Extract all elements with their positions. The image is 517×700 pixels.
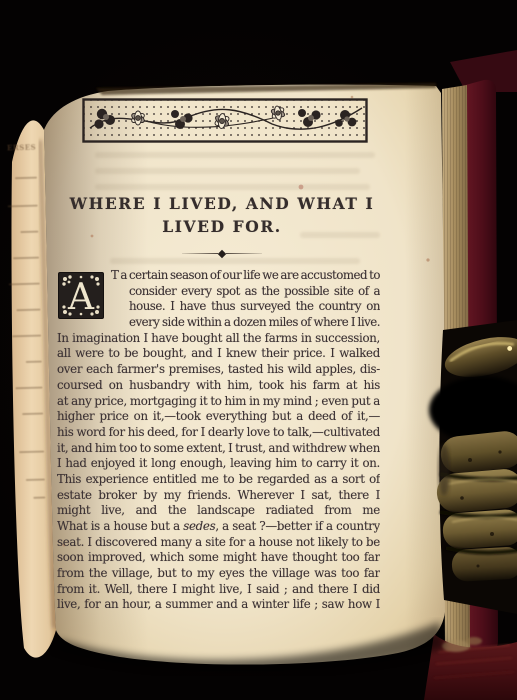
body-line-text: all were to be bought, and I knew their … <box>57 346 380 360</box>
body-line-text: , a seat ?—better if a country <box>215 519 380 533</box>
showthrough-line <box>95 168 360 174</box>
frag-bar <box>9 283 40 286</box>
body-line: estate broker by my friends. Wherever I … <box>57 488 380 504</box>
frag-bar <box>16 309 40 312</box>
body-line-text: consider every spot as the possible site… <box>129 284 380 298</box>
body-line: it, and him too to some extent, I trust,… <box>57 441 380 457</box>
headpiece-ornament-icon <box>82 98 368 143</box>
body-line: all were to be bought, and I knew their … <box>57 346 380 362</box>
title-divider <box>182 249 262 258</box>
body-line-text: at any price, mortgaging it to him in my… <box>57 394 380 408</box>
showthrough-line <box>110 258 360 264</box>
body-line: from the village, but to my eyes the vil… <box>57 566 380 582</box>
body-line-text: In imagination I have bought all the far… <box>57 331 380 347</box>
frag-bar <box>13 257 39 260</box>
body-line-text: every side within a dozen miles of where… <box>129 315 380 329</box>
body-line: consider every spot as the possible site… <box>57 284 380 300</box>
body-line: T a certain season of our life we are ac… <box>57 268 380 284</box>
divider-line-left <box>182 253 218 255</box>
body-line-with-italic: What is a house but a sedes, a seat ?—be… <box>57 519 380 535</box>
body-line-text: soon improved, which some might have tho… <box>57 550 380 564</box>
drop-cap-ornament: A <box>58 272 104 319</box>
chapter-title: WHERE I LIVED, AND WHAT I LIVED FOR. <box>40 192 404 238</box>
body-line-text: live, for an hour, a summer and a winter… <box>57 597 380 611</box>
body-line-text: over each farmer's premises, tasted his … <box>57 362 380 376</box>
facing-page-word-fragment: ERSES <box>7 143 36 153</box>
body-line: live, for an hour, a summer and a winter… <box>57 597 380 613</box>
body-line-text: T a certain season of our life we are ac… <box>111 268 380 282</box>
showthrough-line <box>95 184 370 190</box>
chapter-title-line1: WHERE I LIVED, AND WHAT I <box>40 192 404 215</box>
body-line-text: might live, and the landscape radiated f… <box>57 503 380 519</box>
body-line-text: What is a house but a <box>57 519 183 533</box>
body-line: This experience entitled me to be regard… <box>57 472 380 488</box>
body-line-text: seat. I discovered many a site for a hou… <box>57 535 380 549</box>
diamond-ornament-icon <box>218 249 226 257</box>
body-line-text: estate broker by my friends. Wherever I … <box>57 488 380 502</box>
frag-bar <box>22 413 43 416</box>
body-line-text: coursed on husbandry with him, took his … <box>57 378 380 394</box>
body-line: might live, and the landscape radiated f… <box>57 503 380 519</box>
body-line: seat. I discovered many a site for a hou… <box>57 535 380 551</box>
body-line: over each farmer's premises, tasted his … <box>57 362 380 378</box>
body-line: I had enjoyed it long enough, leaving hi… <box>57 456 380 472</box>
body-line: from it. Well, there I might live, I sai… <box>57 582 380 598</box>
body-line: higher price on it,—took everything but … <box>57 409 380 425</box>
body-line: coursed on husbandry with him, took his … <box>57 378 380 394</box>
frag-bar <box>15 387 42 390</box>
frag-bar <box>8 205 38 208</box>
body-text: A T a certain season of our life we are … <box>57 268 380 613</box>
body-line-text: house. I have thus surveyed the country … <box>129 299 380 313</box>
body-line: at any price, mortgaging it to him in my… <box>57 394 380 410</box>
body-line: his word for his deed, for I dearly love… <box>57 425 380 441</box>
book-photo: WHERE I LIVED, AND WHAT I LIVED FOR. A <box>0 0 517 700</box>
body-line-text: I had enjoyed it long enough, leaving hi… <box>57 456 380 470</box>
body-line-text: from the village, but to my eyes the vil… <box>57 566 380 580</box>
body-line: In imagination I have bought all the far… <box>57 331 380 347</box>
body-line: soon improved, which some might have tho… <box>57 550 380 566</box>
body-line-text: it, and him too to some extent, I trust,… <box>57 441 380 455</box>
divider-line-right <box>226 253 262 255</box>
frag-bar <box>26 479 45 481</box>
body-line: house. I have thus surveyed the country … <box>57 299 380 315</box>
frag-bar <box>26 361 42 363</box>
body-line-text: This experience entitled me to be regard… <box>57 472 380 488</box>
drop-cap-letter: A <box>67 277 95 318</box>
body-line-text: higher price on it,—took everything but … <box>57 409 380 425</box>
body-line-text: his word for his deed, for I dearly love… <box>57 425 380 439</box>
frag-bar <box>15 177 37 180</box>
page-content: WHERE I LIVED, AND WHAT I LIVED FOR. A <box>0 0 517 700</box>
latin-term: sedes <box>183 519 215 533</box>
frag-bar <box>20 231 38 233</box>
body-line: every side within a dozen miles of where… <box>57 315 380 331</box>
showthrough-line <box>95 152 375 158</box>
body-line-text: from it. Well, there I might live, I sai… <box>57 582 380 596</box>
frag-bar <box>19 451 44 454</box>
frag-bar <box>12 335 41 338</box>
chapter-title-line2: LIVED FOR. <box>40 215 404 238</box>
frag-bar <box>33 497 45 499</box>
